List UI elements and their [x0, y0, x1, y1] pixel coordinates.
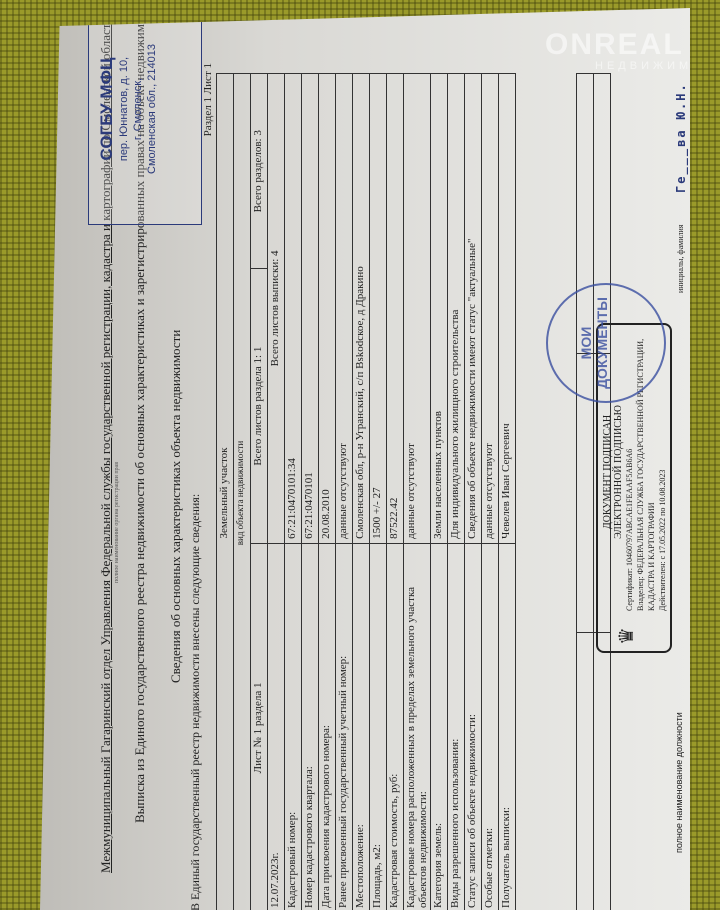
row-label: Дата присвоения кадастрового номера:: [319, 543, 336, 910]
section-label: Раздел 1 Лист 1: [202, 63, 214, 136]
mfc-stamp-title: СОГБУ МФЦ: [97, 0, 117, 224]
table-row: Местоположение:Смоленская обл, р-н Угран…: [353, 74, 370, 910]
document-paper: ONREAL НЕДВИЖИМОСТЬ Межмуниципальный Гаг…: [40, 8, 690, 910]
mfc-stamp: СОГБУ МФЦ пер. Юннатов, д. 10, г. Смолен…: [88, 0, 202, 225]
table-row: Кадастровая стоимость, руб:87522.42: [387, 74, 404, 910]
row-label: Местоположение:: [353, 543, 370, 910]
table-row: Статус записи об объекте недвижимости:Св…: [465, 74, 482, 910]
intro-text: В Единый государственный реестр недвижим…: [188, 494, 203, 910]
row-label: Получатель выписки:: [499, 543, 516, 910]
row-label: Кадастровый номер:: [285, 543, 302, 910]
row-value: Чевелев Иван Сергеевич: [499, 74, 516, 544]
row-value: 87522.42: [387, 74, 404, 544]
position-caption: полное наименование должности: [674, 712, 684, 853]
document-subtitle: Сведения об основных характеристиках объ…: [168, 330, 184, 683]
row-value: Смоленская обл, р-н Угранский, с/п Вskod…: [353, 74, 370, 544]
round-seal-stamp: МОИ ДОКУМЕНТЫ: [546, 283, 666, 403]
row-label: Площадь, м2:: [370, 543, 387, 910]
extract-page: Межмуниципальный Гагаринский отдел Управ…: [76, 53, 716, 910]
table-row: Получатель выписки:Чевелев Иван Сергееви…: [499, 74, 516, 910]
row-label: Кадастровые номера расположенных в преде…: [404, 543, 431, 910]
table-row: Категория земель:Земли населенных пункто…: [431, 74, 448, 910]
row-label: Статус записи об объекте недвижимости:: [465, 543, 482, 910]
row-value: 1500 +/- 27: [370, 74, 387, 544]
row-label: Ранее присвоенный государственный учетны…: [336, 543, 353, 910]
mfc-address-2: г. Смоленск,: [131, 0, 145, 224]
ecp-valid: Действителен: с 17.05.2022 по 10.08.2023: [657, 333, 668, 611]
sheet-number: Лист № 1 раздела 1: [251, 543, 268, 910]
row-label: Кадастровая стоимость, руб:: [387, 543, 404, 910]
row-value: Земли населенных пунктов: [431, 74, 448, 544]
row-value: данные отсутствуют: [336, 74, 353, 544]
table-row: Особые отметки:данные отсутствуют: [482, 74, 499, 910]
table-row: Дата присвоения кадастрового номера:20.0…: [319, 74, 336, 910]
row-label: Особые отметки:: [482, 543, 499, 910]
seal-brand: МОИ ДОКУМЕНТЫ: [578, 285, 610, 401]
certification-date: 15.07.2023: [694, 111, 708, 213]
sheets-in-section: Всего листов раздела 1: 1: [251, 269, 268, 543]
object-type-caption: вид объекта недвижимости: [234, 74, 251, 910]
table-row: Виды разрешенного использования:Для инди…: [448, 74, 465, 910]
row-value: 67:21:0470101: [302, 74, 319, 544]
table-row: Кадастровые номера расположенных в преде…: [404, 74, 431, 910]
object-type: Земельный участок: [217, 74, 234, 910]
row-value: 20.08.2010: [319, 74, 336, 544]
sheets-total: Всего листов выписки: 4: [268, 74, 285, 544]
row-label: Виды разрешенного использования:: [448, 543, 465, 910]
table-row: Номер кадастрового квартала:67:21:047010…: [302, 74, 319, 910]
row-label: Номер кадастрового квартала:: [302, 543, 319, 910]
table-row: Площадь, м2:1500 +/- 27: [370, 74, 387, 910]
sections-total: Всего разделов: 3: [251, 74, 268, 269]
characteristics-table: Земельный участок вид объекта недвижимос…: [216, 73, 516, 910]
coat-of-arms-icon: ♛: [622, 627, 633, 645]
row-label: Категория земель:: [431, 543, 448, 910]
authority-caption: полное наименование органа регистрации п…: [114, 462, 120, 583]
row-value: 67:21:0470101:34: [285, 74, 302, 544]
mfc-address-1: пер. Юннатов, д. 10,: [117, 0, 131, 224]
mfc-address-3: Смоленская обл., 214013: [145, 0, 159, 224]
row-value: Сведения об объекте недвижимости имеют с…: [465, 74, 482, 544]
table-row: Ранее присвоенный государственный учетны…: [336, 74, 353, 910]
table-row: Кадастровый номер:67:21:0470101:34: [285, 74, 302, 910]
certifier-name: Ге___ва Ю.Н.: [674, 82, 688, 193]
extract-date: 12.07.2023г.: [268, 543, 285, 910]
initials-caption: инициалы, фамилия: [676, 225, 685, 293]
row-value: данные отсутствуют: [404, 74, 431, 544]
row-value: данные отсутствуют: [482, 74, 499, 544]
row-value: Для индивидуального жилищного строительс…: [448, 74, 465, 544]
